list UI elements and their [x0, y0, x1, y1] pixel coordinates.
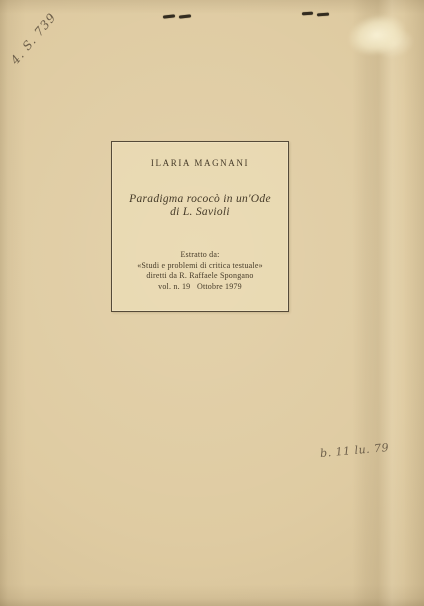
staple-mark-icon [317, 13, 329, 17]
staple-mark-icon [179, 14, 191, 18]
staple-mark-icon [163, 14, 175, 18]
imprint-line-4: vol. n. 19 Ottobre 1979 [112, 282, 288, 293]
handwritten-note-bottom-right: b. 11 lu. 79 [320, 441, 390, 460]
staple-mark-icon [302, 12, 313, 16]
imprint-line-2: «Studi e problemi di critica testuale» [112, 261, 288, 272]
title-line-2: di L. Savioli [112, 206, 288, 219]
imprint-line-1: Estratto da: [112, 250, 288, 261]
booklet-title: Paradigma rococò in un'Ode di L. Savioli [112, 193, 288, 219]
imprint-line-3: diretti da R. Raffaele Spongano [112, 271, 288, 282]
imprint-block: Estratto da: «Studi e problemi di critic… [112, 250, 288, 292]
title-line-1: Paradigma rococò in un'Ode [112, 193, 288, 206]
title-box: ILARIA MAGNANI Paradigma rococò in un'Od… [111, 141, 289, 312]
paper-stain [340, 2, 424, 78]
offprint-cover-scan: 4. S. 739 ILARIA MAGNANI Paradigma rococ… [0, 0, 424, 606]
author-name: ILARIA MAGNANI [112, 158, 288, 168]
handwritten-note-top-left: 4. S. 739 [8, 10, 59, 67]
